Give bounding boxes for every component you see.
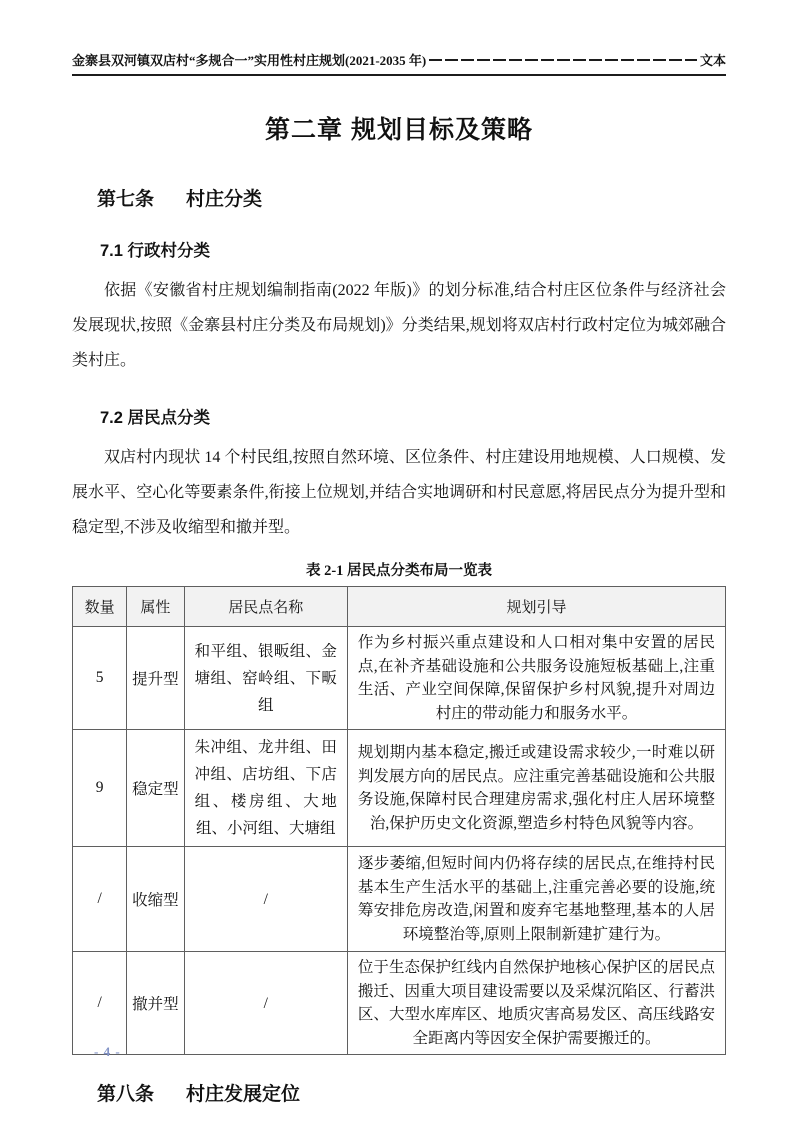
cell-names: 和平组、银畈组、金塘组、窑岭组、下畈组 [184, 627, 347, 730]
page-number: - 4 - [94, 1044, 121, 1060]
cell-names: / [184, 952, 347, 1055]
column-header-guidance: 规划引导 [347, 587, 725, 627]
table-caption: 表 2-1 居民点分类布局一览表 [72, 559, 726, 580]
page-header: 金寨县双河镇双店村“多规合一”实用性村庄规划(2021-2035 年) 文本 [72, 50, 726, 76]
cell-type: 稳定型 [127, 730, 184, 847]
cell-names: 朱冲组、龙井组、田冲组、店坊组、下店组、楼房组、大地组、小河组、大塘组 [184, 730, 347, 847]
running-header-suffix: 文本 [700, 50, 726, 69]
cell-type: 提升型 [127, 627, 184, 730]
cell-count: / [73, 952, 127, 1055]
section-8-label: 第八条 [97, 1084, 154, 1105]
section-7-heading: 第七条村庄分类 [97, 184, 726, 211]
residents-classification-table: 数量 属性 居民点名称 规划引导 5 提升型 和平组、银畈组、金塘组、窑岭组、下… [72, 586, 726, 1055]
cell-count: / [73, 847, 127, 952]
document-page: 金寨县双河镇双店村“多规合一”实用性村庄规划(2021-2035 年) 文本 第… [0, 0, 794, 1122]
cell-count: 5 [73, 627, 127, 730]
section-7-label: 第七条 [97, 189, 154, 210]
column-header-count: 数量 [73, 587, 127, 627]
cell-guidance: 规划期内基本稳定,搬迁或建设需求较少,一时难以研判发展方向的居民点。应注重完善基… [347, 730, 725, 847]
table-row: / 撤并型 / 位于生态保护红线内自然保护地核心保护区的居民点搬迁、因重大项目建… [73, 952, 726, 1055]
table-row: / 收缩型 / 逐步萎缩,但短时间内仍将存续的居民点,在维持村民基本生产生活水平… [73, 847, 726, 952]
subsection-7-1-heading: 7.1 行政村分类 [100, 237, 726, 261]
paragraph-7-1: 依据《安徽省村庄规划编制指南(2022 年版)》的划分标准,结合村庄区位条件与经… [72, 273, 726, 378]
running-header-title: 金寨县双河镇双店村“多规合一”实用性村庄规划(2021-2035 年) [72, 50, 426, 69]
cell-type: 收缩型 [127, 847, 184, 952]
subsection-7-2-heading: 7.2 居民点分类 [100, 404, 726, 428]
cell-guidance: 作为乡村振兴重点建设和人口相对集中安置的居民点,在补齐基础设施和公共服务设施短板… [347, 627, 725, 730]
section-8-title: 村庄发展定位 [186, 1084, 300, 1105]
cell-guidance: 位于生态保护红线内自然保护地核心保护区的居民点搬迁、因重大项目建设需要以及采煤沉… [347, 952, 725, 1055]
cell-names: / [184, 847, 347, 952]
column-header-names: 居民点名称 [184, 587, 347, 627]
cell-count: 9 [73, 730, 127, 847]
cell-guidance: 逐步萎缩,但短时间内仍将存续的居民点,在维持村民基本生产生活水平的基础上,注重完… [347, 847, 725, 952]
table-row: 5 提升型 和平组、银畈组、金塘组、窑岭组、下畈组 作为乡村振兴重点建设和人口相… [73, 627, 726, 730]
cell-type: 撤并型 [127, 952, 184, 1055]
section-7-title: 村庄分类 [186, 189, 262, 210]
paragraph-7-2: 双店村内现状 14 个村民组,按照自然环境、区位条件、村庄建设用地规模、人口规模… [72, 440, 726, 545]
chapter-title: 第二章 规划目标及策略 [72, 110, 726, 146]
section-8-heading: 第八条村庄发展定位 [97, 1079, 726, 1106]
column-header-type: 属性 [127, 587, 184, 627]
running-header: 金寨县双河镇双店村“多规合一”实用性村庄规划(2021-2035 年) 文本 [72, 50, 726, 76]
table-header-row: 数量 属性 居民点名称 规划引导 [73, 587, 726, 627]
header-dash-line [429, 59, 697, 61]
table-row: 9 稳定型 朱冲组、龙井组、田冲组、店坊组、下店组、楼房组、大地组、小河组、大塘… [73, 730, 726, 847]
